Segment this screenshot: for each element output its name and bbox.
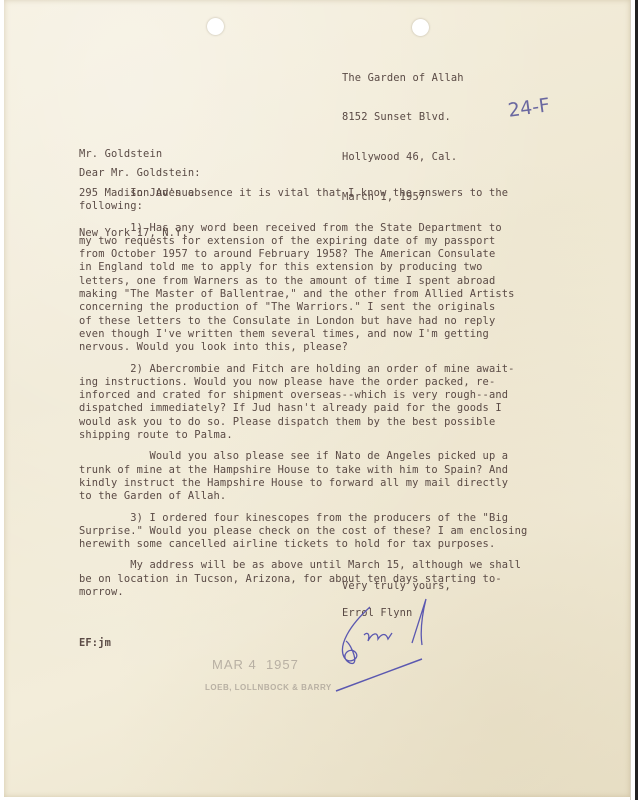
body-line: even though I've written them several ti…: [79, 328, 527, 341]
body-line: of these letters to the Consulate in Lon…: [79, 315, 527, 328]
punch-hole-left: [207, 18, 224, 35]
sender-line: Hollywood 46, Cal.: [342, 151, 464, 164]
sender-line: 8152 Sunset Blvd.: [342, 111, 464, 124]
body-line: shipping route to Palma.: [79, 429, 527, 442]
body-line: nervous. Would you look into this, pleas…: [79, 341, 527, 354]
received-stamp-firm: LOEB, LOLLNBOCK & BARRY: [205, 683, 332, 692]
punch-hole-right: [412, 19, 429, 36]
paragraph-address-note: My address will be as above until March …: [79, 559, 527, 599]
body-line: morrow.: [79, 586, 527, 599]
handwritten-signature: [330, 595, 440, 705]
body-line: following:: [79, 200, 527, 213]
body-line: ing instructions. Would you now please h…: [79, 376, 527, 389]
paragraph-item-2-abercrombie: 2) Abercrombie and Fitch are holding an …: [79, 363, 527, 443]
body-line: from October 1957 to around February 195…: [79, 248, 527, 261]
body-line: concerning the production of "The Warrio…: [79, 301, 527, 314]
reference-initials: EF:jm: [79, 637, 111, 650]
scan-edge: [630, 0, 638, 800]
body-line: Would you also please see if Nato de Ang…: [79, 450, 527, 463]
body-line: trunk of mine at the Hampshire House to …: [79, 464, 527, 477]
body-line: to the Garden of Allah.: [79, 490, 527, 503]
body-line: letters, one from Warners as to the amou…: [79, 275, 527, 288]
body-line: 3) I ordered four kinescopes from the pr…: [79, 512, 527, 525]
body-line: would ask you to do so. Please dispatch …: [79, 416, 527, 429]
body-line: 1) Has any word been received from the S…: [79, 222, 527, 235]
body-line: be on location in Tucson, Arizona, for a…: [79, 573, 527, 586]
body-line: In Jud's absence it is vital that I know…: [79, 187, 527, 200]
body-line: 2) Abercrombie and Fitch are holding an …: [79, 363, 527, 376]
paragraph-trunk-request: Would you also please see if Nato de Ang…: [79, 450, 527, 503]
letter-body: In Jud's absence it is vital that I know…: [79, 187, 527, 607]
received-stamp-date: MAR 4 1957: [212, 657, 299, 672]
salutation: Dear Mr. Goldstein:: [79, 167, 201, 180]
body-line: herewith some cancelled airline tickets …: [79, 538, 527, 551]
body-line: making "The Master of Ballentrae," and t…: [79, 288, 527, 301]
body-line: My address will be as above until March …: [79, 559, 527, 572]
sender-line: The Garden of Allah: [342, 72, 464, 85]
body-line: in England told me to apply for this ext…: [79, 261, 527, 274]
recipient-line: Mr. Goldstein: [79, 148, 194, 161]
body-line: Surprise." Would you please check on the…: [79, 525, 527, 538]
paragraph-item-3-kinescopes: 3) I ordered four kinescopes from the pr…: [79, 512, 527, 552]
body-line: inforced and crated for shipment oversea…: [79, 389, 527, 402]
paragraph-intro: In Jud's absence it is vital that I know…: [79, 187, 527, 214]
paragraph-item-1-passport: 1) Has any word been received from the S…: [79, 222, 527, 355]
closing: Very truly yours,: [342, 580, 451, 593]
body-line: dispatched immediately? If Jud hasn't al…: [79, 402, 527, 415]
body-line: kindly instruct the Hampshire House to f…: [79, 477, 527, 490]
body-line: my two requests for extension of the exp…: [79, 235, 527, 248]
